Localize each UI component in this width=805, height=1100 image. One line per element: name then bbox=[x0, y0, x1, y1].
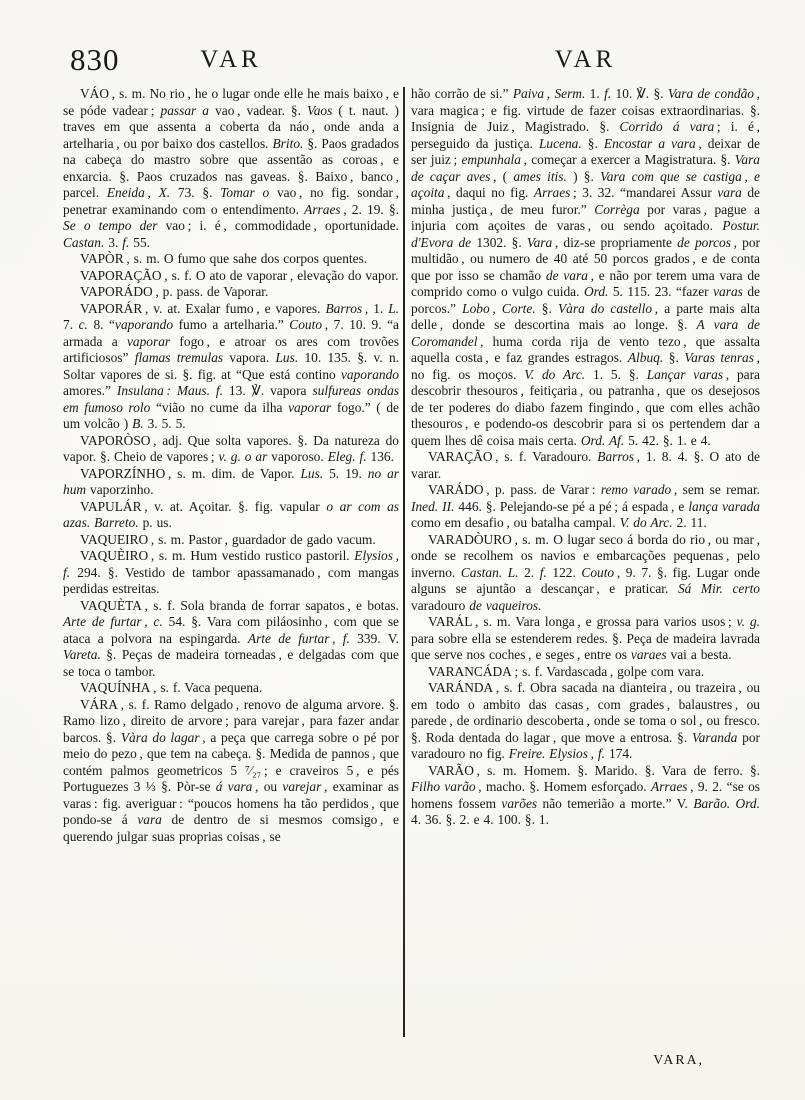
dictionary-entry: VARANCÁDA ; s. f. Vardascada , golpe com… bbox=[411, 664, 760, 681]
dictionary-entry: VARÃO , s. m. Homem. §. Marido. §. Vara … bbox=[411, 763, 760, 829]
entry-text: não temerião a morte.” V. bbox=[537, 796, 693, 811]
entry-text: , 2. 19. §. bbox=[341, 202, 399, 217]
entry-text: vao , vadear. §. bbox=[209, 103, 307, 118]
entry-text: , macho. §. Homem esforçado. bbox=[476, 779, 651, 794]
entry-citation-italic: vaporar bbox=[288, 400, 331, 415]
entry-citation-italic: flamas tremulas bbox=[135, 350, 223, 365]
entry-citation-italic: remo varado bbox=[601, 482, 671, 497]
entry-text: , ou bbox=[252, 779, 282, 794]
entry-citation-italic: v. g. o ar bbox=[219, 449, 268, 464]
entry-text: VARÁDO , p. pass. de Varar : bbox=[428, 482, 601, 497]
entry-citation-italic: Barros bbox=[597, 449, 634, 464]
dictionary-entry: VAPORZÍNHO , s. m. dim. de Vapor. Lus. 5… bbox=[63, 466, 399, 499]
entry-text: §. bbox=[663, 350, 684, 365]
entry-citation-italic: Ord. bbox=[584, 284, 608, 299]
entry-text: VAPORZÍNHO , s. m. dim. de Vapor. bbox=[80, 466, 300, 481]
scanned-dictionary-page: 830 VAR VAR VÁO , s. m. No rio , he o lu… bbox=[0, 0, 805, 1100]
entry-citation-italic: de porcos bbox=[677, 235, 731, 250]
entry-text: , ( bbox=[490, 169, 513, 184]
entry-citation-italic: Vaos bbox=[307, 103, 332, 118]
entry-citation-italic: Vàra do lagar bbox=[121, 730, 200, 745]
entry-citation-italic: á vara bbox=[216, 779, 253, 794]
entry-text: 136. bbox=[367, 449, 394, 464]
entry-citation-italic: Couto bbox=[581, 565, 614, 580]
entry-citation-italic: Arte de furtar , f. bbox=[248, 631, 350, 646]
entry-text: “vião no cume da ilha bbox=[150, 400, 288, 415]
entry-citation-italic: de vara bbox=[546, 268, 588, 283]
entry-citation-italic: V. do Arc. bbox=[524, 367, 585, 382]
dictionary-entry: VAPORÁR , v. at. Exalar fumo , e vapores… bbox=[63, 301, 399, 433]
entry-text: 339. V. bbox=[350, 631, 399, 646]
entry-citation-italic: Lus. bbox=[275, 350, 298, 365]
dictionary-entry: VAQUÈTA , s. f. Sola branda de forrar sa… bbox=[63, 598, 399, 681]
entry-text: VAQUEIRO , s. m. Pastor , guardador de g… bbox=[80, 532, 376, 547]
entry-text: 1302. §. bbox=[471, 235, 527, 250]
entry-text: , daqui no fig. bbox=[444, 185, 533, 200]
entry-text: amores.” bbox=[63, 383, 117, 398]
entry-text: 55. bbox=[129, 235, 150, 250]
dictionary-entry: VARÁDO , p. pass. de Varar : remo varado… bbox=[411, 482, 760, 532]
dictionary-entry: VAQUÈIRO , s. m. Hum vestido rustico pas… bbox=[63, 548, 399, 598]
entry-text: §. bbox=[536, 301, 558, 316]
entry-citation-italic: Paiva , Serm. bbox=[513, 86, 586, 101]
entry-text: 3. bbox=[104, 235, 122, 250]
entry-text: 174. bbox=[605, 746, 632, 761]
dictionary-entry: VARÁNDA , s. f. Obra sacada na dianteira… bbox=[411, 680, 760, 763]
entry-citation-italic: Albuq. bbox=[628, 350, 663, 365]
entry-text: VAQUÈIRO , s. m. Hum vestido rustico pas… bbox=[80, 548, 354, 563]
entry-citation-italic: varejar bbox=[282, 779, 321, 794]
entry-citation-italic: Tomar o bbox=[220, 185, 269, 200]
entry-text: 13. ℣. vapora bbox=[223, 383, 312, 398]
entry-citation-italic: Vara bbox=[527, 235, 552, 250]
entry-text: vaporoso. bbox=[267, 449, 327, 464]
dictionary-entry: VARÁL , s. m. Vara longa , e grossa para… bbox=[411, 614, 760, 664]
entry-citation-italic: Eneida , X. bbox=[107, 185, 170, 200]
entry-text: VARÁL , s. m. Vara longa , e grossa para… bbox=[428, 614, 737, 629]
dictionary-entry: VARADÒURO , s. m. O lugar seco á borda d… bbox=[411, 532, 760, 615]
entry-text: , começar a exercer a Magistratura. §. bbox=[521, 152, 735, 167]
entry-citation-italic: Se o tempo der bbox=[63, 218, 157, 233]
entry-citation-italic: vaporar bbox=[127, 334, 170, 349]
entry-text: 122. bbox=[547, 565, 582, 580]
entry-text: §. bbox=[582, 136, 604, 151]
entry-citation-italic: Vara de condão bbox=[668, 86, 754, 101]
entry-text: 73. §. bbox=[170, 185, 220, 200]
entry-citation-italic: Lus. bbox=[300, 466, 323, 481]
entry-text: 5. 42. §. 1. e 4. bbox=[624, 433, 711, 448]
dictionary-entry: VAQUÍNHA , s. f. Vaca pequena. bbox=[63, 680, 399, 697]
entry-citation-italic: v. g. bbox=[737, 614, 760, 629]
entry-text: vao ; i. é , commodidade , oportunidade. bbox=[157, 218, 399, 233]
dictionary-entry: VARAÇÃO , s. f. Varadouro. Barros , 1. 8… bbox=[411, 449, 760, 482]
entry-text: , diz-se propriamente bbox=[552, 235, 677, 250]
entry-citation-italic: vara bbox=[717, 185, 742, 200]
entry-citation-italic: Vàra do castello bbox=[558, 301, 652, 316]
entry-text: 2. bbox=[519, 565, 540, 580]
entry-citation-italic: Varas tenras bbox=[684, 350, 754, 365]
entry-text: VAPORAÇÃO , s. f. O ato de vaporar , ele… bbox=[80, 268, 398, 283]
entry-citation-italic: Filho varão bbox=[411, 779, 476, 794]
running-head-right: VAR bbox=[411, 46, 760, 74]
entry-citation-italic: f. bbox=[540, 565, 547, 580]
entry-citation-italic: ames itis. bbox=[513, 169, 566, 184]
entry-text: 446. §. Pelejando-se pé a pé ; á espada … bbox=[454, 499, 688, 514]
entry-citation-italic: vaporando bbox=[115, 317, 173, 332]
entry-citation-italic: de vaqueiros. bbox=[469, 598, 541, 613]
entry-text: VARANCÁDA ; s. f. Vardascada , golpe com… bbox=[428, 664, 704, 679]
entry-citation-italic: c. bbox=[79, 317, 88, 332]
dictionary-entry: VÁRA , s. f. Ramo delgado , renovo de al… bbox=[63, 697, 399, 846]
dictionary-entry: VAPORÁDO , p. pass. de Vaporar. bbox=[63, 284, 399, 301]
entry-citation-italic: Eleg. f. bbox=[328, 449, 367, 464]
entry-text: VAPULÁR , v. at. Açoitar. §. fig. vapula… bbox=[80, 499, 326, 514]
entry-citation-italic: Ined. II. bbox=[411, 499, 454, 514]
entry-citation-italic: Castan. bbox=[63, 235, 104, 250]
dictionary-entry: VAPORAÇÃO , s. f. O ato de vaporar , ele… bbox=[63, 268, 399, 285]
entry-text: 1. 5. §. bbox=[585, 367, 647, 382]
dictionary-entry: VAPORÒSO , adj. Que solta vapores. §. Da… bbox=[63, 433, 399, 466]
entry-text: VAPORÁR , v. at. Exalar fumo , e vapores… bbox=[80, 301, 325, 316]
entry-text: vaporzinho. bbox=[86, 482, 154, 497]
catchword: VARA, bbox=[411, 1052, 760, 1068]
entry-text: ; 3. 32. “mandarei Assur bbox=[570, 185, 717, 200]
entry-citation-italic: Barros bbox=[325, 301, 362, 316]
entry-citation-italic: Arraes bbox=[651, 779, 687, 794]
entry-citation-italic: Arte de furtar , c. bbox=[63, 614, 163, 629]
entry-citation-italic: L. bbox=[388, 301, 399, 316]
text-column-left: VÁO , s. m. No rio , he o lugar onde ell… bbox=[63, 86, 399, 845]
entry-citation-italic: empunhala bbox=[461, 152, 521, 167]
entry-citation-italic: lança varada bbox=[688, 499, 760, 514]
entry-citation-italic: Couto bbox=[289, 317, 322, 332]
entry-citation-italic: Encostar a vara bbox=[604, 136, 696, 151]
entry-text: VARAÇÃO , s. f. Varadouro. bbox=[428, 449, 597, 464]
entry-text: VAQUÈTA , s. f. Sola branda de forrar sa… bbox=[80, 598, 399, 613]
entry-text: VAPÒR , s. m. O fumo que sahe dos corpos… bbox=[80, 251, 367, 266]
entry-text: 4. 36. §. 2. e 4. 100. §. 1. bbox=[411, 812, 549, 827]
entry-citation-italic: varaes bbox=[631, 647, 667, 662]
dictionary-entry: VAQUEIRO , s. m. Pastor , guardador de g… bbox=[63, 532, 399, 549]
entry-citation-italic: Barão. Ord. bbox=[693, 796, 760, 811]
entry-citation-italic: Arraes bbox=[534, 185, 570, 200]
entry-citation-italic: Ord. Af. bbox=[581, 433, 624, 448]
entry-text: 8. “ bbox=[88, 317, 115, 332]
entry-text: 5. 115. 23. “fazer bbox=[608, 284, 713, 299]
entry-citation-italic: Lucena. bbox=[539, 136, 582, 151]
entry-citation-italic: Sá Mir. certo bbox=[678, 581, 760, 596]
entry-text: vai a besta. bbox=[667, 647, 732, 662]
entry-text: VARÃO , s. m. Homem. §. Marido. §. Vara … bbox=[428, 763, 760, 778]
entry-text: vapora. bbox=[223, 350, 275, 365]
entry-text: p. us. bbox=[139, 515, 172, 530]
entry-citation-italic: Castan. L. bbox=[461, 565, 519, 580]
entry-citation-italic: passar a bbox=[161, 103, 210, 118]
entry-text: 7. bbox=[63, 317, 79, 332]
entry-text: 294. §. Vestido de tambor apassamanado ,… bbox=[63, 565, 399, 597]
entry-text: 5. 19. bbox=[323, 466, 368, 481]
entry-text: , sem se remar. bbox=[671, 482, 760, 497]
entry-text: 2. 11. bbox=[673, 515, 707, 530]
entry-citation-italic: vaporando bbox=[341, 367, 399, 382]
entry-text: VAPORÁDO , p. pass. de Vaporar. bbox=[80, 284, 268, 299]
entry-citation-italic: vara bbox=[137, 812, 162, 827]
entry-citation-italic: Corrèga bbox=[594, 202, 639, 217]
entry-text: como em desafio , ou batalha campal. bbox=[411, 515, 620, 530]
entry-text: varadouro bbox=[411, 598, 469, 613]
entry-text: 1. bbox=[585, 86, 604, 101]
entry-citation-italic: Vareta. bbox=[63, 647, 101, 662]
dictionary-entry: VAPULÁR , v. at. Açoitar. §. fig. vapula… bbox=[63, 499, 399, 532]
entry-text: , 1. bbox=[362, 301, 388, 316]
entry-citation-italic: Freire. Elysios , f. bbox=[509, 746, 605, 761]
dictionary-entry: hão corrão de si.” Paiva , Serm. 1. f. 1… bbox=[411, 86, 760, 449]
entry-citation-italic: Arraes bbox=[304, 202, 340, 217]
entry-text: hão corrão de si.” bbox=[411, 86, 513, 101]
column-divider-rule bbox=[403, 87, 405, 1037]
entry-text: VAQUÍNHA , s. f. Vaca pequena. bbox=[80, 680, 262, 695]
dictionary-entry: VÁO , s. m. No rio , he o lugar onde ell… bbox=[63, 86, 399, 251]
entry-text: 3. 5. 5. bbox=[144, 416, 186, 431]
entry-citation-italic: Lançar varas bbox=[647, 367, 723, 382]
entry-citation-italic: Insulana : Maus. f. bbox=[117, 383, 223, 398]
entry-text: 10. ℣. §. bbox=[611, 86, 668, 101]
dictionary-entry: VAPÒR , s. m. O fumo que sahe dos corpos… bbox=[63, 251, 399, 268]
entry-text: ) §. bbox=[567, 169, 600, 184]
entry-citation-italic: V. do Arc. bbox=[620, 515, 673, 530]
entry-citation-italic: Varanda bbox=[692, 730, 737, 745]
entry-citation-italic: Brito. bbox=[273, 136, 304, 151]
entry-citation-italic: B. bbox=[132, 416, 144, 431]
entry-citation-italic: varões bbox=[501, 796, 537, 811]
text-column-right: hão corrão de si.” Paiva , Serm. 1. f. 1… bbox=[411, 86, 760, 829]
entry-citation-italic: varas bbox=[713, 284, 743, 299]
entry-citation-italic: Corrido á vara bbox=[620, 119, 715, 134]
entry-citation-italic: Lobo , Corte. bbox=[462, 301, 536, 316]
entry-text: fumo a artelharia.” bbox=[173, 317, 289, 332]
entry-text: §. Peças de madeira torneadas , e delgad… bbox=[63, 647, 399, 679]
running-head-left: VAR bbox=[63, 46, 399, 74]
